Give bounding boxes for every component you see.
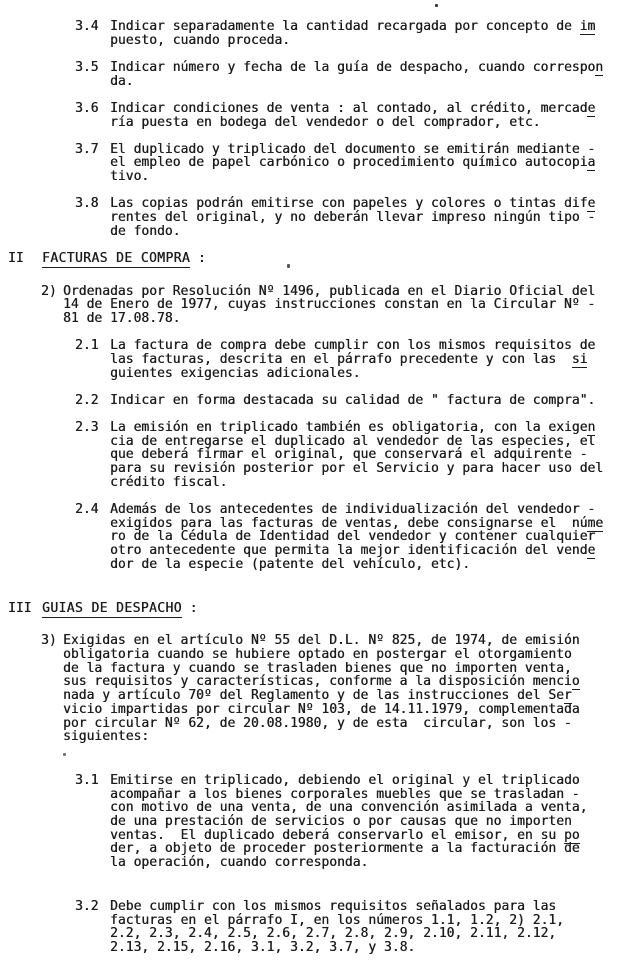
item-text: Exigidas en el artículo Nº 55 del D.L. N… xyxy=(63,634,580,744)
text-line: sus requisitos y características, confor… xyxy=(63,675,580,689)
item-number: 2) xyxy=(41,285,63,299)
section-title-colon: : xyxy=(182,601,198,616)
text-line: Ordenadas por Resolución Nº 1496, public… xyxy=(63,285,595,299)
text-line: 2.2, 2.3, 2.4, 2.5, 2.6, 2.7, 2.8, 2.9, … xyxy=(110,927,564,941)
text-line: Exigidas en el artículo Nº 55 del D.L. N… xyxy=(63,634,580,648)
hyphenation-underline: o xyxy=(572,674,580,690)
item-number: 2.2 xyxy=(75,394,110,408)
list-item: 2.1La factura de compra debe cumplir con… xyxy=(75,339,630,380)
text-line: con motivo de una venta, de una convenci… xyxy=(110,801,587,815)
text-segment: de fondo. xyxy=(110,224,180,239)
list-item: 3.6Indicar condiciones de venta : al con… xyxy=(75,102,630,129)
item-number: 2.4 xyxy=(75,503,110,517)
text-line: Emitirse en triplicado, debiendo el orig… xyxy=(110,774,587,788)
text-line: Además de los antecedentes de individual… xyxy=(110,503,603,517)
hyphenation-underline: e xyxy=(587,543,595,559)
section-title-colon: : xyxy=(190,251,206,266)
text-segment: Indicar número y fecha de la guía de des… xyxy=(110,60,595,75)
item-text: Las copias podrán emitirse con papeles y… xyxy=(110,197,595,238)
text-line: da. xyxy=(110,75,603,89)
list-item: 2.4Además de los antecedentes de individ… xyxy=(75,503,630,572)
text-line: El duplicado y triplicado del documento … xyxy=(110,143,595,157)
hyphenation-underline: im xyxy=(580,19,596,35)
item-number: 3.7 xyxy=(75,143,110,157)
item-number: 3.2 xyxy=(75,900,110,914)
section-roman-numeral: II xyxy=(8,252,42,266)
text-segment: Indicar en forma destacada su calidad de… xyxy=(110,393,595,408)
hyphenation-underline: si xyxy=(572,352,588,368)
text-line: guientes exigencias adicionales. xyxy=(110,367,595,381)
text-segment: guientes exigencias adicionales. xyxy=(110,366,360,381)
text-segment: tivo. xyxy=(110,169,149,184)
text-line: Indicar separadamente la cantidad recarg… xyxy=(110,20,595,34)
text-line: facturas en el párrafo I, en los números… xyxy=(110,914,564,928)
text-line: siguientes: xyxy=(63,730,580,744)
list-item: 3.2Debe cumplir con los mismos requisito… xyxy=(75,900,630,955)
text-line: de fondo. xyxy=(110,225,595,239)
item-text: Indicar en forma destacada su calidad de… xyxy=(110,394,595,408)
text-line: ro de la Cédula de Identidad del vendedo… xyxy=(110,530,603,544)
text-line: acompañar a los bienes corporales mueble… xyxy=(110,788,587,802)
text-line: der, a objeto de proceder posteriormente… xyxy=(110,842,587,856)
item-number: 3) xyxy=(41,634,63,648)
scan-speck xyxy=(287,264,290,268)
text-line: que deberá firmar el original, que conse… xyxy=(110,448,603,462)
numbered-paragraph: 3)Exigidas en el artículo Nº 55 del D.L.… xyxy=(41,634,630,744)
list-item: 2.3La emisión en triplicado también es o… xyxy=(75,421,630,490)
text-line: cia de entregarse el duplicado al vended… xyxy=(110,435,603,449)
text-segment: 2.13, 2.15, 2.16, 3.1, 3.2, 3.7, y 3.8. xyxy=(110,940,415,955)
item-text: Debe cumplir con los mismos requisitos s… xyxy=(110,900,564,955)
list-item: 3.5Indicar número y fecha de la guía de … xyxy=(75,61,630,88)
item-number: 3.1 xyxy=(75,774,110,788)
text-line: exigidos para las facturas de ventas, de… xyxy=(110,517,603,531)
hyphenation-underline: a xyxy=(587,155,595,171)
scan-speck xyxy=(435,4,438,7)
item-text: Indicar número y fecha de la guía de des… xyxy=(110,61,603,88)
document-body: 3.4Indicar separadamente la cantidad rec… xyxy=(0,20,630,955)
item-text: Indicar condiciones de venta : al contad… xyxy=(110,102,595,129)
text-line: 81 de 17.08.78. xyxy=(63,312,595,326)
text-line: La factura de compra debe cumplir con lo… xyxy=(110,339,595,353)
text-line: La emisión en triplicado también es obli… xyxy=(110,421,603,435)
section-roman-numeral: III xyxy=(8,602,42,616)
text-line: Indicar condiciones de venta : al contad… xyxy=(110,102,595,116)
text-segment: siguientes: xyxy=(63,729,149,744)
text-line: las facturas, descrita en el párrafo pre… xyxy=(110,353,595,367)
section-heading: IIIGUIAS DE DESPACHO : xyxy=(8,602,630,616)
text-segment: rentes del original, y no deberán llevar… xyxy=(110,210,595,225)
item-number: 2.1 xyxy=(75,339,110,353)
text-line: de una prestación de servicios o por cau… xyxy=(110,815,587,829)
text-line: vicio impartidas por circular Nº 103, de… xyxy=(63,703,580,717)
text-line: obligatoria cuando se hubiere optado en … xyxy=(63,648,580,662)
item-text: La emisión en triplicado también es obli… xyxy=(110,421,603,490)
text-line: dor de la especie (patente del vehículo,… xyxy=(110,558,603,572)
hyphenation-underline: n xyxy=(595,60,603,76)
text-line: 14 de Enero de 1977, cuyas instrucciones… xyxy=(63,298,595,312)
item-number: 3.4 xyxy=(75,20,110,34)
text-line: el empleo de papel carbónico o procedimi… xyxy=(110,156,595,170)
text-line: para su revisión posterior por el Servic… xyxy=(110,462,603,476)
text-segment: ría puesta en bodega del vendedor o del … xyxy=(110,115,540,130)
section-title: FACTURAS DE COMPRA xyxy=(42,251,190,268)
document-page: 3.4Indicar separadamente la cantidad rec… xyxy=(0,0,630,970)
text-line: Indicar en forma destacada su calidad de… xyxy=(110,394,595,408)
section-heading: IIFACTURAS DE COMPRA : xyxy=(8,252,630,266)
text-line: otro antecedente que permita la mejor id… xyxy=(110,544,603,558)
text-segment: da. xyxy=(110,74,133,89)
list-item: 3.7El duplicado y triplicado del documen… xyxy=(75,143,630,184)
text-line: Debe cumplir con los mismos requisitos s… xyxy=(110,900,564,914)
text-line: ría puesta en bodega del vendedor o del … xyxy=(110,116,595,130)
scan-speck xyxy=(63,753,66,756)
list-item: 3.4Indicar separadamente la cantidad rec… xyxy=(75,20,630,47)
text-segment: crédito fiscal. xyxy=(110,475,227,490)
text-line: tivo. xyxy=(110,170,595,184)
text-line: 2.13, 2.15, 2.16, 3.1, 3.2, 3.7, y 3.8. xyxy=(110,941,564,955)
list-item: 3.8Las copias podrán emitirse con papele… xyxy=(75,197,630,238)
section-title: GUIAS DE DESPACHO xyxy=(42,601,182,618)
hyphenation-underline: e xyxy=(587,101,595,117)
text-line: la operación, cuando corresponda. xyxy=(110,856,587,870)
item-number: 3.6 xyxy=(75,102,110,116)
text-segment: el empleo de papel carbónico o procedimi… xyxy=(110,155,587,170)
list-item: 2.2Indicar en forma destacada su calidad… xyxy=(75,394,630,408)
item-text: Ordenadas por Resolución Nº 1496, public… xyxy=(63,285,595,326)
text-line: Indicar número y fecha de la guía de des… xyxy=(110,61,603,75)
text-segment: la operación, cuando corresponda. xyxy=(110,855,368,870)
text-line: Las copias podrán emitirse con papeles y… xyxy=(110,197,595,211)
text-line: rentes del original, y no deberán llevar… xyxy=(110,211,595,225)
text-line: por circular Nº 62, de 20.08.1980, y de … xyxy=(63,717,580,731)
item-text: Indicar separadamente la cantidad recarg… xyxy=(110,20,595,47)
item-number: 3.5 xyxy=(75,61,110,75)
text-segment: dor de la especie (patente del vehículo,… xyxy=(110,557,470,572)
item-text: El duplicado y triplicado del documento … xyxy=(110,143,595,184)
text-line: de la factura y cuando se trasladen bien… xyxy=(63,662,580,676)
text-segment: puesto, cuando proceda. xyxy=(110,33,290,48)
text-line: crédito fiscal. xyxy=(110,476,603,490)
text-segment: 81 de 17.08.78. xyxy=(63,311,180,326)
list-item: 3.1Emitirse en triplicado, debiendo el o… xyxy=(75,774,630,870)
item-text: Emitirse en triplicado, debiendo el orig… xyxy=(110,774,587,870)
item-number: 3.8 xyxy=(75,197,110,211)
text-line: nada y artículo 70º del Reglamento y de … xyxy=(63,689,580,703)
numbered-paragraph: 2)Ordenadas por Resolución Nº 1496, publ… xyxy=(41,285,630,326)
text-line: ventas. El duplicado deberá conservarlo … xyxy=(110,829,587,843)
text-line: puesto, cuando proceda. xyxy=(110,34,595,48)
item-text: La factura de compra debe cumplir con lo… xyxy=(110,339,595,380)
item-number: 2.3 xyxy=(75,421,110,435)
item-text: Además de los antecedentes de individual… xyxy=(110,503,603,572)
